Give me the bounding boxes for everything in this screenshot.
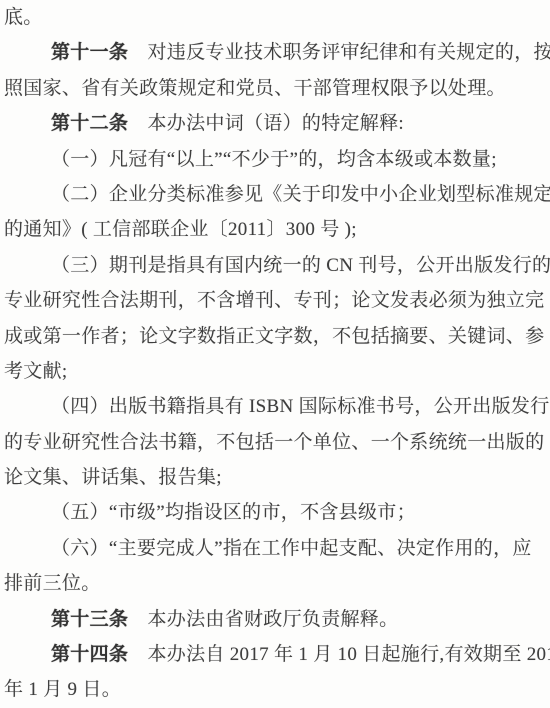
text-line: 底。 bbox=[4, 0, 546, 35]
text-segment: 排前三位。 bbox=[4, 573, 101, 594]
text-line: 年 1 月 9 日。 bbox=[4, 672, 546, 707]
text-segment: （一）凡冠有“以上”“不少于”的，均含本级或本数量; bbox=[51, 149, 497, 170]
text-line: （二）企业分类标准参见《关于印发中小企业划型标准规定 bbox=[4, 177, 546, 212]
text-line: （四）出版书籍指具有 ISBN 国际标准书号，公开出版发行 bbox=[4, 389, 546, 424]
text-line: 排前三位。 bbox=[4, 566, 546, 601]
text-segment: （五）“市级”均指设区的市，不含县级市； bbox=[51, 502, 416, 523]
text-line: 第十二条 本办法中词（语）的特定解释: bbox=[4, 106, 546, 141]
text-segment: 的通知》( 工信部联企业〔2011〕300 号 ); bbox=[4, 219, 357, 240]
article-number-label: 第十四条 bbox=[51, 644, 128, 665]
text-line: （五）“市级”均指设区的市，不含县级市； bbox=[4, 495, 546, 530]
article-number-label: 第十三条 bbox=[51, 609, 128, 630]
text-segment: 本办法中词（语）的特定解释: bbox=[128, 113, 404, 134]
text-segment: （六）“主要完成人”指在工作中起支配、决定作用的，应 bbox=[51, 538, 532, 559]
text-line: 第十四条 本办法自 2017 年 1 月 10 日起施行,有效期至 2019 bbox=[4, 637, 546, 672]
text-segment: 照国家、省有关政策规定和党员、干部管理权限予以处理。 bbox=[4, 78, 506, 99]
text-segment: 对违反专业技术职务评审纪律和有关规定的，按 bbox=[128, 42, 550, 63]
text-segment: （三）期刊是指具有国内统一的 CN 刊号，公开出版发行的 bbox=[51, 255, 550, 276]
text-segment: 成或第一作者；论文字数指正文字数，不包括摘要、关键词、参 bbox=[4, 326, 544, 347]
document-text-block: 底。第十一条 对违反专业技术职务评审纪律和有关规定的，按照国家、省有关政策规定和… bbox=[4, 0, 546, 708]
text-segment: 本办法由省财政厅负责解释。 bbox=[128, 609, 398, 630]
text-line: 专业研究性合法期刊，不含增刊、专刊；论文发表必须为独立完 bbox=[4, 283, 546, 318]
document-page: 底。第十一条 对违反专业技术职务评审纪律和有关规定的，按照国家、省有关政策规定和… bbox=[0, 0, 550, 708]
text-line: 第十一条 对违反专业技术职务评审纪律和有关规定的，按 bbox=[4, 35, 546, 70]
text-segment: 年 1 月 9 日。 bbox=[4, 679, 121, 700]
text-line: （六）“主要完成人”指在工作中起支配、决定作用的，应 bbox=[4, 531, 546, 566]
text-line: 考文献; bbox=[4, 354, 546, 389]
text-segment: 专业研究性合法期刊，不含增刊、专刊；论文发表必须为独立完 bbox=[4, 290, 544, 311]
article-number-label: 第十一条 bbox=[51, 42, 128, 63]
text-line: （一）凡冠有“以上”“不少于”的，均含本级或本数量; bbox=[4, 142, 546, 177]
text-segment: 底。 bbox=[4, 7, 43, 28]
text-line: 论文集、讲话集、报告集; bbox=[4, 460, 546, 495]
text-segment: 论文集、讲话集、报告集; bbox=[4, 467, 222, 488]
text-segment: （二）企业分类标准参见《关于印发中小企业划型标准规定 bbox=[51, 184, 550, 205]
text-segment: 本办法自 2017 年 1 月 10 日起施行,有效期至 2019 bbox=[128, 644, 550, 665]
text-segment: （四）出版书籍指具有 ISBN 国际标准书号，公开出版发行 bbox=[51, 396, 550, 417]
text-line: （三）期刊是指具有国内统一的 CN 刊号，公开出版发行的 bbox=[4, 248, 546, 283]
text-line: 成或第一作者；论文字数指正文字数，不包括摘要、关键词、参 bbox=[4, 319, 546, 354]
article-number-label: 第十二条 bbox=[51, 113, 128, 134]
text-segment: 的专业研究性合法书籍，不包括一个单位、一个系统统一出版的 bbox=[4, 432, 544, 453]
text-segment: 考文献; bbox=[4, 361, 67, 382]
text-line: 第十三条 本办法由省财政厅负责解释。 bbox=[4, 602, 546, 637]
text-line: 照国家、省有关政策规定和党员、干部管理权限予以处理。 bbox=[4, 71, 546, 106]
text-line: 的通知》( 工信部联企业〔2011〕300 号 ); bbox=[4, 212, 546, 247]
text-line: 的专业研究性合法书籍，不包括一个单位、一个系统统一出版的 bbox=[4, 425, 546, 460]
